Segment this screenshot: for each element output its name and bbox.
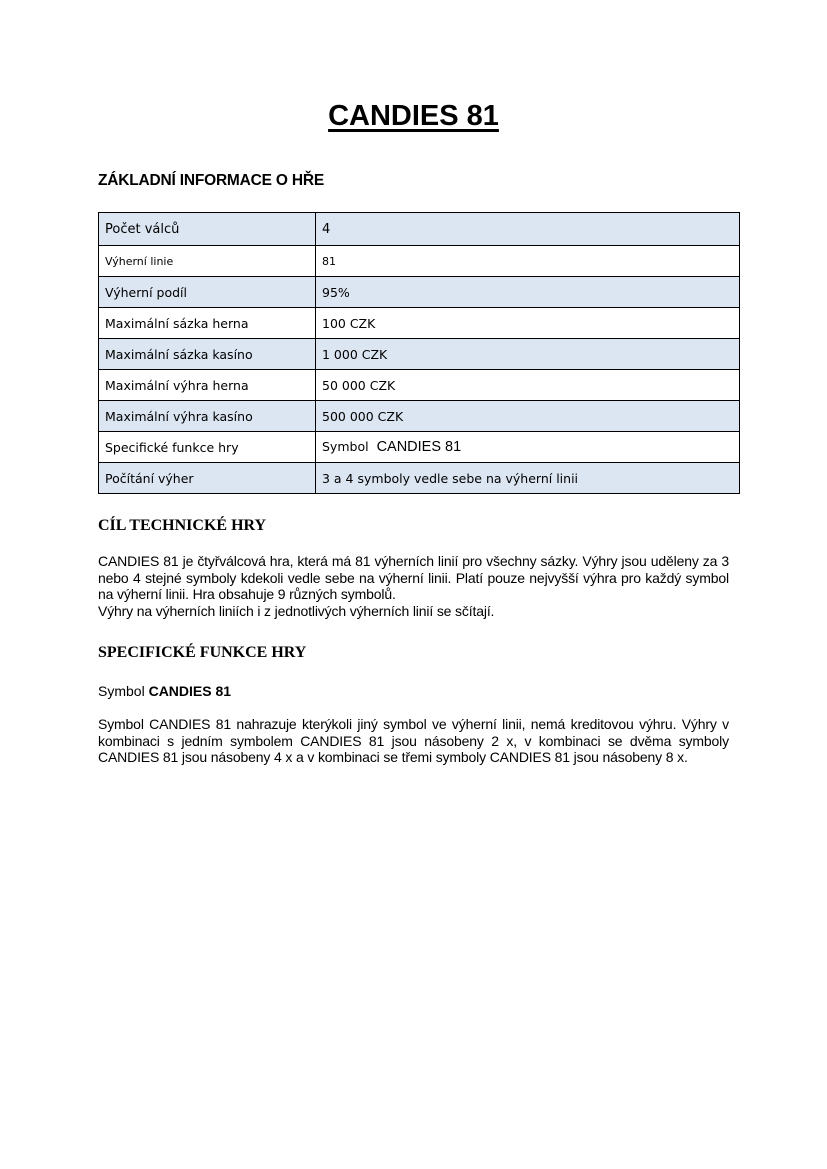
table-row: Výherní podíl 95% bbox=[99, 277, 740, 308]
row-label: Maximální sázka kasíno bbox=[99, 339, 316, 370]
symbol-prefix: Symbol bbox=[98, 683, 145, 699]
features-text: Symbol CANDIES 81 nahrazuje kterýkoli ji… bbox=[98, 716, 729, 766]
row-value: 4 bbox=[316, 213, 740, 246]
document-page: CANDIES 81 ZÁKLADNÍ INFORMACE O HŘE Poče… bbox=[0, 0, 827, 1169]
row-label: Výherní podíl bbox=[99, 277, 316, 308]
table-row: Specifické funkce hry Symbol CANDIES 81 bbox=[99, 432, 740, 463]
row-value: 1 000 CZK bbox=[316, 339, 740, 370]
row-label: Počítání výher bbox=[99, 463, 316, 494]
symbol-subheading: Symbol CANDIES 81 bbox=[98, 683, 231, 699]
table-row: Výherní linie 81 bbox=[99, 246, 740, 277]
row-value: 3 a 4 symboly vedle sebe na výherní lini… bbox=[316, 463, 740, 494]
table-row: Maximální sázka herna 100 CZK bbox=[99, 308, 740, 339]
row-value-symbol: CANDIES 81 bbox=[377, 439, 462, 455]
row-value: 81 bbox=[316, 246, 740, 277]
table-row: Maximální výhra herna 50 000 CZK bbox=[99, 370, 740, 401]
row-value: 95% bbox=[316, 277, 740, 308]
table-row: Maximální sázka kasíno 1 000 CZK bbox=[99, 339, 740, 370]
basic-info-heading: ZÁKLADNÍ INFORMACE O HŘE bbox=[98, 172, 324, 190]
document-title: CANDIES 81 bbox=[0, 98, 827, 134]
goal-heading: CÍL TECHNICKÉ HRY bbox=[98, 517, 266, 535]
document-title-text: CANDIES 81 bbox=[328, 100, 499, 132]
table-row: Maximální výhra kasíno 500 000 CZK bbox=[99, 401, 740, 432]
row-label: Maximální výhra kasíno bbox=[99, 401, 316, 432]
goal-text: CANDIES 81 je čtyřválcová hra, která má … bbox=[98, 553, 729, 619]
row-value: 100 CZK bbox=[316, 308, 740, 339]
goal-paragraph: CANDIES 81 je čtyřválcová hra, která má … bbox=[98, 553, 729, 603]
row-value: 500 000 CZK bbox=[316, 401, 740, 432]
row-value: Symbol CANDIES 81 bbox=[316, 432, 740, 463]
row-label: Specifické funkce hry bbox=[99, 432, 316, 463]
row-label: Výherní linie bbox=[99, 246, 316, 277]
row-label: Maximální sázka herna bbox=[99, 308, 316, 339]
row-label: Maximální výhra herna bbox=[99, 370, 316, 401]
features-paragraph: Symbol CANDIES 81 nahrazuje kterýkoli ji… bbox=[98, 716, 729, 766]
row-label: Počet válců bbox=[99, 213, 316, 246]
row-value: 50 000 CZK bbox=[316, 370, 740, 401]
basic-info-table: Počet válců 4 Výherní linie 81 Výherní p… bbox=[98, 212, 740, 494]
table-row: Počet válců 4 bbox=[99, 213, 740, 246]
symbol-name: CANDIES 81 bbox=[149, 683, 231, 699]
row-value-prefix: Symbol bbox=[322, 439, 369, 454]
features-heading: SPECIFICKÉ FUNKCE HRY bbox=[98, 644, 306, 662]
table-row: Počítání výher 3 a 4 symboly vedle sebe … bbox=[99, 463, 740, 494]
goal-paragraph-2: Výhry na výherních liniích i z jednotliv… bbox=[98, 603, 729, 620]
